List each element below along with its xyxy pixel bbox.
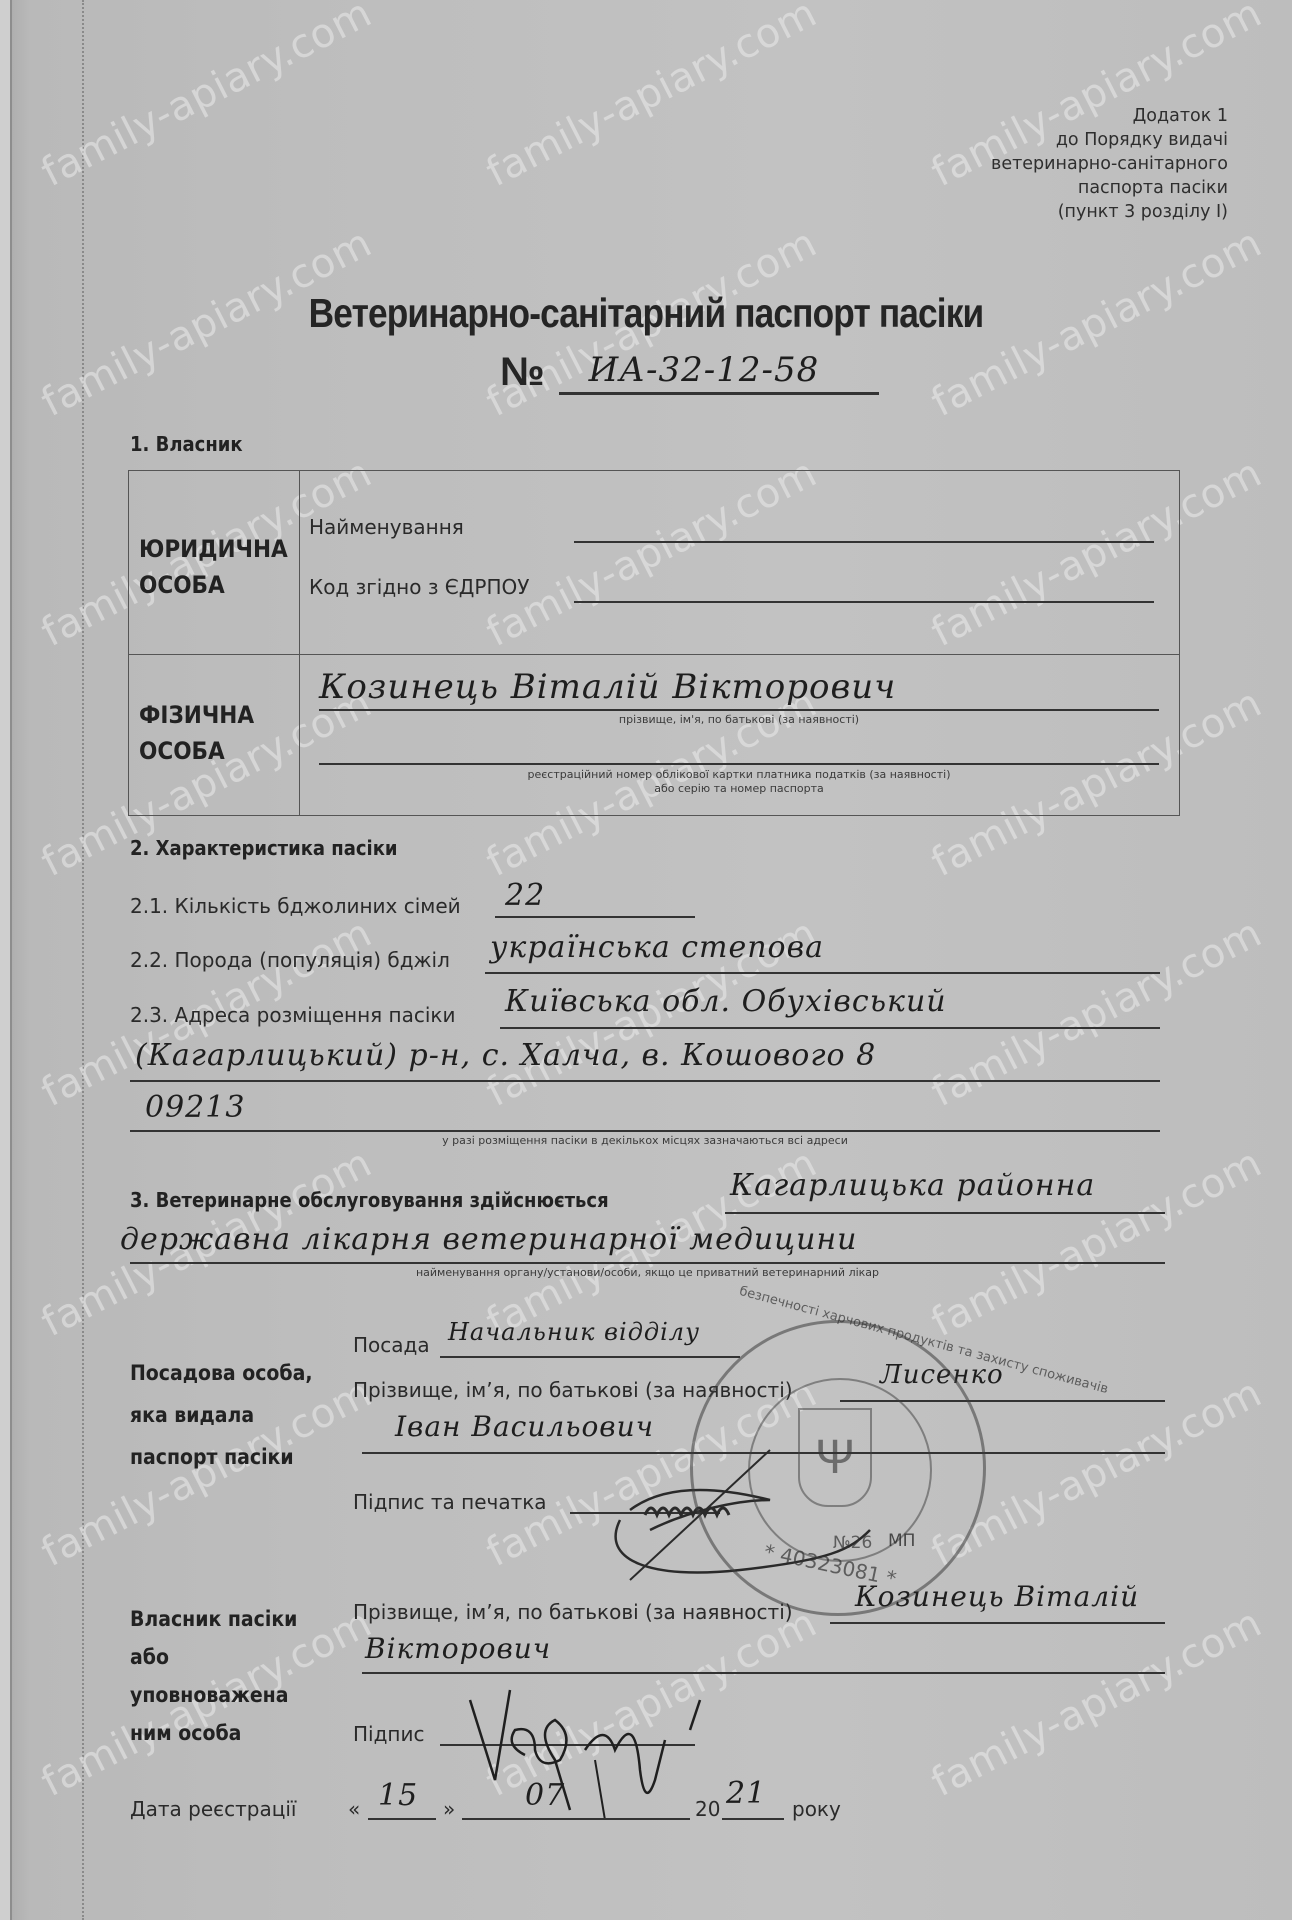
- registration-month-field[interactable]: [462, 1818, 690, 1820]
- owner-name-value-line1: Козинець Віталій: [855, 1580, 1139, 1613]
- open-quote: «: [348, 1797, 360, 1821]
- watermark-text: family-apiary.com: [924, 910, 1269, 1116]
- legal-name-label: Найменування: [309, 515, 464, 539]
- individual-full-name-field[interactable]: [319, 709, 1159, 711]
- breed-value: українська степова: [490, 930, 824, 965]
- trident-emblem-icon: Ψ: [798, 1408, 872, 1507]
- caption-line: ФІЗИЧНА: [139, 697, 254, 733]
- watermark-text: family-apiary.com: [924, 1600, 1269, 1806]
- year-prefix: 20: [695, 1797, 720, 1821]
- caption-line: ОСОБА: [139, 733, 254, 769]
- section1-heading: 1. Власник: [130, 432, 243, 456]
- registration-year-value: 21: [726, 1776, 766, 1811]
- vet-provider-hint: найменування органу/установи/особи, якщо…: [130, 1266, 1165, 1280]
- table-column-divider: [299, 471, 300, 815]
- caption-line: уповноважена: [130, 1676, 297, 1714]
- passport-number-value: ИА-32-12-58: [589, 350, 820, 390]
- position-field[interactable]: [440, 1356, 740, 1358]
- section3-heading: 3. Ветеринарне обслуговування здійснюєть…: [130, 1188, 609, 1212]
- official-name-value-line2: Іван Васильович: [395, 1410, 654, 1443]
- passport-number-row: № ИА-32-12-58: [500, 350, 879, 395]
- stamp-arc-text: безпечності харчових продуктів та захист…: [738, 1284, 1110, 1397]
- stamp-mp: МП: [888, 1531, 915, 1551]
- caption-line: Власник пасіки: [130, 1600, 297, 1638]
- official-caption: Посадова особа, яка видала паспорт пасік…: [130, 1352, 313, 1478]
- section2-heading: 2. Характеристика пасіки: [130, 836, 398, 860]
- owner-name-label: Прізвище, ім’я, по батькові (за наявност…: [353, 1600, 793, 1624]
- individual-full-name-hint: прізвище, ім'я, по батькові (за наявност…: [319, 713, 1159, 727]
- tax-id-field[interactable]: [319, 763, 1159, 765]
- appendix-line: ветеринарно-санітарного: [991, 152, 1228, 176]
- individual-caption: ФІЗИЧНА ОСОБА: [139, 697, 254, 769]
- appendix-line: паспорта пасіки: [991, 176, 1228, 200]
- registration-year-field[interactable]: [722, 1818, 784, 1820]
- caption-line: ОСОБА: [139, 567, 288, 603]
- caption-line: яка видала: [130, 1394, 313, 1436]
- address-field-line3[interactable]: [130, 1130, 1160, 1132]
- page-left-edge: [0, 0, 12, 1920]
- position-value: Начальник відділу: [448, 1318, 700, 1346]
- caption-line: Посадова особа,: [130, 1352, 313, 1394]
- appendix-line: (пункт 3 розділу І): [991, 200, 1228, 224]
- registration-day-field[interactable]: [368, 1818, 436, 1820]
- owner-table: ЮРИДИЧНА ОСОБА Найменування Код згідно з…: [128, 470, 1180, 816]
- official-stamp: Ψ безпечності харчових продуктів та захи…: [690, 1320, 986, 1616]
- vet-provider-field-line1[interactable]: [725, 1212, 1165, 1214]
- number-sign: №: [500, 350, 545, 395]
- legal-entity-caption: ЮРИДИЧНА ОСОБА: [139, 531, 288, 603]
- vet-provider-value-line1: Кагарлицька районна: [730, 1168, 1095, 1203]
- colonies-value: 22: [505, 878, 545, 913]
- owner-signature-label: Підпис: [353, 1722, 425, 1746]
- appendix-line: Додаток 1: [991, 104, 1228, 128]
- address-hint: у разі розміщення пасіки в декількох міс…: [130, 1134, 1160, 1148]
- registration-date-label: Дата реєстрації: [130, 1797, 296, 1821]
- watermark-text: family-apiary.com: [479, 0, 824, 196]
- perforation-line: [82, 0, 84, 1920]
- appendix-note: Додаток 1 до Порядку видачі ветеринарно-…: [991, 104, 1228, 224]
- edrpou-field[interactable]: [574, 601, 1154, 603]
- vet-provider-value-line2: державна лікарня ветеринарної медицини: [120, 1222, 858, 1257]
- caption-line: або: [130, 1638, 297, 1676]
- address-label: 2.3. Адреса розміщення пасіки: [130, 1003, 456, 1027]
- breed-field[interactable]: [485, 972, 1160, 974]
- vet-provider-field-line2[interactable]: [130, 1262, 1165, 1264]
- close-quote: »: [443, 1797, 455, 1821]
- appendix-line: до Порядку видачі: [991, 128, 1228, 152]
- document-title: Ветеринарно-санітарний паспорт пасіки: [90, 290, 1201, 337]
- owner-name-field-line1[interactable]: [830, 1622, 1165, 1624]
- edrpou-label: Код згідно з ЄДРПОУ: [309, 575, 529, 599]
- individual-full-name-value: Козинець Віталій Вікторович: [319, 667, 896, 707]
- caption-line: ним особа: [130, 1714, 297, 1752]
- address-field-line1[interactable]: [500, 1027, 1160, 1029]
- official-signature-label: Підпис та печатка: [353, 1490, 547, 1514]
- legal-name-field[interactable]: [574, 541, 1154, 543]
- address-value-line1: Київська обл. Обухівський: [505, 984, 947, 1019]
- hint-line: реєстраційний номер облікової картки пла…: [319, 768, 1159, 782]
- caption-line: паспорт пасіки: [130, 1436, 313, 1478]
- tax-id-hint: реєстраційний номер облікової картки пла…: [319, 768, 1159, 796]
- stamp-number: №26: [833, 1533, 872, 1553]
- registration-day-value: 15: [378, 1778, 418, 1813]
- position-label: Посада: [353, 1333, 430, 1357]
- owner-caption: Власник пасіки або уповноважена ним особ…: [130, 1600, 297, 1752]
- watermark-text: family-apiary.com: [34, 0, 379, 196]
- address-value-line2: (Кагарлицький) р-н, с. Халча, в. Кошовог…: [135, 1038, 876, 1073]
- year-word: року: [792, 1797, 841, 1821]
- address-field-line2[interactable]: [130, 1080, 1160, 1082]
- passport-number-field[interactable]: ИА-32-12-58: [559, 350, 879, 395]
- hint-line: або серію та номер паспорта: [319, 782, 1159, 796]
- caption-line: ЮРИДИЧНА: [139, 531, 288, 567]
- registration-month-value: 07: [525, 1778, 565, 1813]
- colonies-field[interactable]: [495, 916, 695, 918]
- breed-label: 2.2. Порода (популяція) бджіл: [130, 948, 450, 972]
- colonies-label: 2.1. Кількість бджолиних сімей: [130, 894, 461, 918]
- address-value-line3: 09213: [145, 1090, 245, 1125]
